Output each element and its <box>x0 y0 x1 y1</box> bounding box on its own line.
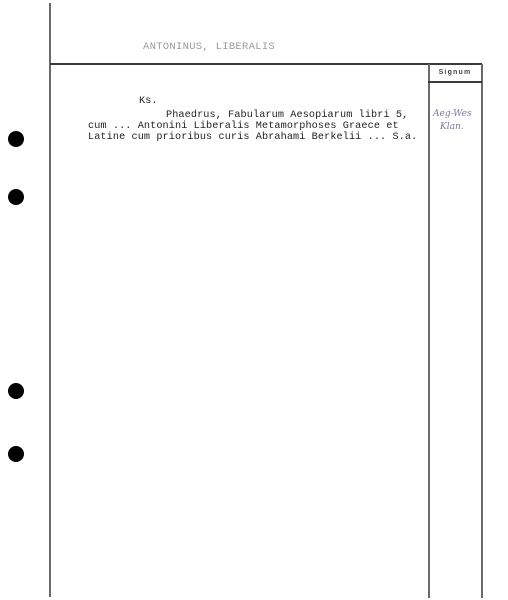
punch-hole <box>8 131 24 147</box>
signum-handwritten-line-2: Klan. <box>440 122 464 132</box>
signum-header-rule <box>428 81 482 83</box>
signum-column-right-rule <box>481 64 483 598</box>
entry-prefix: Ks. <box>139 96 158 107</box>
signum-handwritten-line-1: Aeg-Wes <box>433 109 472 119</box>
signum-column-left-rule <box>428 64 430 598</box>
entry-line-3: Latine cum prioribus curis Abrahami Berk… <box>88 132 417 143</box>
left-margin-rule <box>49 3 51 597</box>
signum-label: Signum <box>429 65 481 81</box>
punch-hole <box>8 189 24 205</box>
heading-rule <box>50 63 482 65</box>
punch-hole <box>8 446 24 462</box>
entry-line-1: Phaedrus, Fabularum Aesopiarum libri 5, <box>166 110 408 121</box>
entry-line-2: cum ... Antonini Liberalis Metamorphoses… <box>88 121 399 132</box>
card-heading: ANTONINUS, LIBERALIS <box>143 41 275 53</box>
punch-hole <box>8 383 24 399</box>
